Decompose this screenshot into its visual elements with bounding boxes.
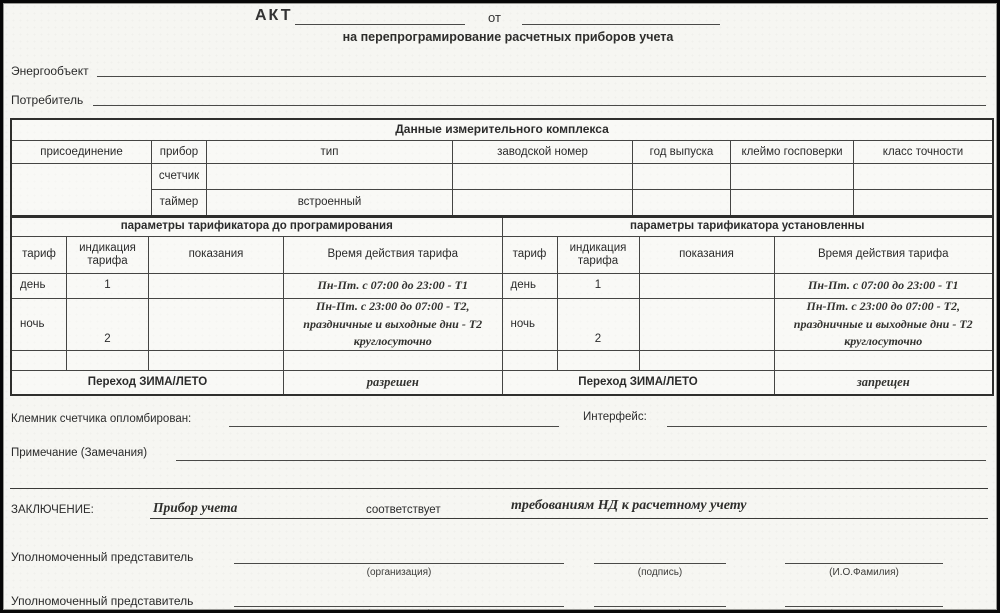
- cell-device-timer: таймер: [151, 189, 206, 215]
- cell-accuracy-timer: [853, 189, 992, 215]
- col-header-accuracy: класс точности: [853, 140, 992, 163]
- organization-caption: (организация): [234, 609, 564, 613]
- tariff-table: параметры тарификатора до програмировани…: [10, 216, 994, 396]
- energy-object-line: [97, 76, 986, 77]
- name-line: [785, 606, 943, 607]
- document-subtitle: на перепрограмирование расчетных приборо…: [293, 30, 723, 44]
- col-header-year: год выпуска: [632, 140, 730, 163]
- interface-line: [667, 426, 987, 427]
- col-header-time: Время действия тарифа: [283, 236, 502, 273]
- measuring-complex-table: Данные измерительного комплекса присоеди…: [10, 118, 994, 217]
- name-line: [785, 563, 943, 564]
- cell-device-counter: счетчик: [151, 163, 206, 189]
- cell-time-day: Пн-Пт. с 07:00 до 23:00 - Т1: [774, 273, 993, 298]
- empty-cell: [148, 350, 283, 370]
- cell-seal-timer: [730, 189, 853, 215]
- terminal-sealed-label: Клемник счетчика опломбирован:: [11, 413, 191, 425]
- tariff-panel-before: параметры тарификатора до програмировани…: [12, 218, 502, 394]
- panel-title-after: параметры тарификатора установленны: [503, 218, 993, 236]
- representative-label: Уполномоченный представитель: [11, 550, 193, 564]
- cell-type-timer: встроенный: [206, 189, 452, 215]
- transition-value-before: разрешен: [283, 370, 502, 394]
- cell-year-counter: [632, 163, 730, 189]
- conclusion-requirement: требованиям НД к расчетному учету: [511, 498, 746, 514]
- act-number-line: [295, 24, 465, 25]
- notes-line-2: [10, 488, 988, 489]
- notes-label: Примечание (Замечания): [11, 447, 147, 459]
- col-header-connection: присоединение: [12, 140, 151, 163]
- col-header-type: тип: [206, 140, 452, 163]
- cell-tariff-night: ночь: [503, 298, 557, 350]
- cell-readings-day: [639, 273, 774, 298]
- signature-line: [594, 606, 726, 607]
- col-header-seal: клеймо госповерки: [730, 140, 853, 163]
- cell-type-counter: [206, 163, 452, 189]
- document-title: АКТ: [255, 7, 293, 25]
- cell-connection: [12, 163, 151, 215]
- empty-cell: [557, 350, 639, 370]
- representative-label: Уполномоченный представитель: [11, 594, 193, 608]
- cell-indication-night: 2: [557, 298, 639, 350]
- terminal-sealed-line: [229, 426, 559, 427]
- name-caption: (И.О.Фамилия): [785, 567, 943, 578]
- col-header-indication: индикация тарифа: [557, 236, 639, 273]
- cell-indication-day: 1: [66, 273, 148, 298]
- transition-label: Переход ЗИМА/ЛЕТО: [12, 370, 283, 394]
- date-prefix-label: от: [488, 10, 501, 25]
- conclusion-subject: Прибор учета: [153, 500, 237, 516]
- cell-time-day: Пн-Пт. с 07:00 до 23:00 - Т1: [283, 273, 502, 298]
- cell-time-night: Пн-Пт. с 23:00 до 07:00 - Т2, праздничны…: [283, 298, 502, 350]
- measuring-table-title: Данные измерительного комплекса: [12, 120, 992, 140]
- signature-line: [594, 563, 726, 564]
- cell-year-timer: [632, 189, 730, 215]
- empty-cell: [639, 350, 774, 370]
- cell-indication-day: 1: [557, 273, 639, 298]
- organization-line: [234, 606, 564, 607]
- conclusion-line: [150, 518, 988, 519]
- consumer-label: Потребитель: [11, 93, 83, 107]
- tariff-panel-after: параметры тарификатора установленны тари…: [502, 218, 993, 394]
- consumer-line: [93, 105, 986, 106]
- transition-value-after: запрещен: [774, 370, 993, 394]
- cell-readings-night: [148, 298, 283, 350]
- empty-cell: [774, 350, 993, 370]
- col-header-tariff: тариф: [12, 236, 66, 273]
- col-header-readings: показания: [639, 236, 774, 273]
- organization-line: [234, 563, 564, 564]
- scanned-act-form: АКТ от на перепрограмирование расчетных …: [0, 0, 1000, 613]
- cell-time-night: Пн-Пт. с 23:00 до 07:00 - Т2, праздничны…: [774, 298, 993, 350]
- conclusion-verb: соответствует: [366, 504, 441, 516]
- cell-tariff-night: ночь: [12, 298, 66, 350]
- col-header-serial: заводской номер: [452, 140, 632, 163]
- date-line: [522, 24, 720, 25]
- cell-tariff-day: день: [503, 273, 557, 298]
- conclusion-label: ЗАКЛЮЧЕНИЕ:: [11, 504, 94, 516]
- cell-seal-counter: [730, 163, 853, 189]
- col-header-indication: индикация тарифа: [66, 236, 148, 273]
- cell-accuracy-counter: [853, 163, 992, 189]
- col-header-time: Время действия тарифа: [774, 236, 993, 273]
- col-header-tariff: тариф: [503, 236, 557, 273]
- name-caption: (И.О.Фамилия): [785, 609, 943, 613]
- transition-label: Переход ЗИМА/ЛЕТО: [503, 370, 774, 394]
- cell-serial-counter: [452, 163, 632, 189]
- cell-readings-night: [639, 298, 774, 350]
- cell-readings-day: [148, 273, 283, 298]
- empty-cell: [283, 350, 502, 370]
- cell-serial-timer: [452, 189, 632, 215]
- empty-cell: [503, 350, 557, 370]
- col-header-device: прибор: [151, 140, 206, 163]
- col-header-readings: показания: [148, 236, 283, 273]
- empty-cell: [66, 350, 148, 370]
- empty-cell: [12, 350, 66, 370]
- cell-indication-night: 2: [66, 298, 148, 350]
- organization-caption: (организация): [234, 567, 564, 578]
- notes-line-1: [176, 460, 986, 461]
- signature-caption: (подпись): [594, 567, 726, 578]
- cell-tariff-day: день: [12, 273, 66, 298]
- panel-title-before: параметры тарификатора до програмировани…: [12, 218, 502, 236]
- signature-caption: (подпись): [594, 609, 726, 613]
- energy-object-label: Энергообъект: [11, 64, 89, 78]
- interface-label: Интерфейс:: [583, 411, 647, 423]
